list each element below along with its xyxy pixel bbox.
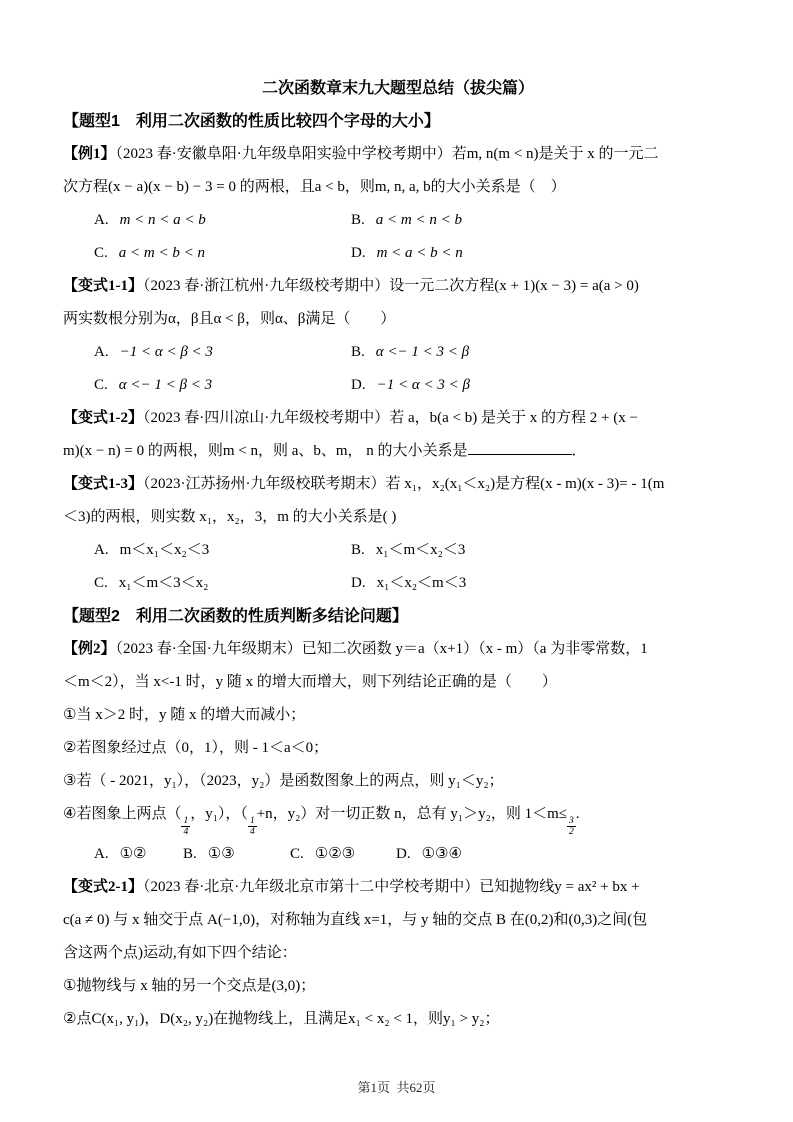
option-label: A. — [94, 212, 109, 228]
variant1-1-option-b: B.α <− 1 < 3 < β — [351, 336, 469, 369]
example1-options-row-2: C.a < m < b < n D.m < a < b < n — [63, 237, 733, 270]
option-label: C. — [94, 377, 108, 393]
option-text: m < n < a < b — [120, 212, 206, 228]
option-text: m < a < b < n — [377, 245, 463, 261]
option-text: x₁＜m＜3＜x₂ — [119, 575, 209, 591]
fraction-one-quarter: 14 — [248, 816, 257, 838]
variant1-1-option-a: A.−1 < α < β < 3 — [94, 336, 351, 369]
option-text: a < m < n < b — [376, 212, 462, 228]
example1-option-c: C.a < m < b < n — [94, 237, 351, 270]
option-text: α <− 1 < 3 < β — [376, 344, 469, 360]
option-label: A. — [94, 846, 109, 862]
example2-conclusion-2: ②若图象经过点（0，1），则 - 1＜a＜0； — [63, 732, 733, 765]
example1-option-d: D.m < a < b < n — [351, 237, 463, 270]
option-text: ①② — [120, 846, 147, 862]
page-content: 二次函数章末九大题型总结（拔尖篇） 【题型1 利用二次函数的性质比较四个字母的大… — [0, 0, 793, 1036]
example2-option-c: C.①②③ — [290, 838, 396, 871]
variant1-2-text-1: （2023 春·四川凉山·九年级校考期中）若 a，b(a < b) 是关于 x … — [143, 410, 638, 426]
option-text: ①③ — [208, 846, 235, 862]
variant1-3-label: 【变式1-3】 — [63, 476, 143, 492]
answer-blank — [468, 439, 572, 455]
variant2-1-text-1: （2023 春·北京·九年级北京市第十二中学校考期中）已知抛物线y = ax² … — [143, 879, 640, 895]
variant1-3-option-a: A.m＜x₁＜x₂＜3 — [94, 534, 351, 567]
option-label: B. — [351, 344, 365, 360]
example2-conclusion-4: ④若图象上两点（14，y₁），（14+n，y₂）对一切正数 n，总有 y₁＞y₂… — [63, 798, 733, 838]
variant1-2-text-2: m)(x − n) = 0 的两根，则m < n，则 a、b、m， n 的大小关… — [63, 443, 468, 459]
option-text: α <− 1 < β < 3 — [119, 377, 212, 393]
example2-options-row: A.①② B.①③ C.①②③ D.①③④ — [63, 838, 733, 871]
example1-line-2: 次方程(x − a)(x − b) − 3 = 0 的两根，且a < b，则m,… — [63, 171, 733, 204]
option-text: ①②③ — [315, 846, 355, 862]
option-text: m＜x₁＜x₂＜3 — [120, 542, 210, 558]
example2-option-a: A.①② — [94, 838, 183, 871]
doc-title: 二次函数章末九大题型总结（拔尖篇） — [63, 72, 733, 105]
variant1-2-label: 【变式1-2】 — [63, 410, 143, 426]
variant1-3-option-c: C.x₁＜m＜3＜x₂ — [94, 567, 351, 600]
document-page: 二次函数章末九大题型总结（拔尖篇） 【题型1 利用二次函数的性质比较四个字母的大… — [0, 0, 793, 1122]
variant1-3-line-1: 【变式1-3】（2023·江苏扬州·九年级校联考期末）若 x₁，x₂(x₁＜x₂… — [63, 468, 733, 501]
conclusion4-seg-2: ，y₁），（ — [190, 806, 248, 822]
conclusion4-seg-4: . — [576, 806, 580, 822]
example2-conclusion-1: ①当 x＞2 时，y 随 x 的增大而减小； — [63, 699, 733, 732]
option-label: A. — [94, 344, 109, 360]
example2-option-b: B.①③ — [183, 838, 290, 871]
option-label: D. — [351, 377, 366, 393]
option-text: x₁＜x₂＜m＜3 — [377, 575, 467, 591]
topic2-heading: 【题型2 利用二次函数的性质判断多结论问题】 — [63, 600, 733, 633]
option-label: D. — [351, 245, 366, 261]
example2-option-d: D.①③④ — [396, 838, 462, 871]
option-label: B. — [351, 542, 365, 558]
variant1-2-text-3: ． — [572, 443, 587, 459]
variant1-3-options-row-2: C.x₁＜m＜3＜x₂ D.x₁＜x₂＜m＜3 — [63, 567, 733, 600]
option-label: C. — [290, 846, 304, 862]
option-label: D. — [351, 575, 366, 591]
fraction-three-halves: 32 — [567, 816, 576, 838]
variant2-1-label: 【变式2-1】 — [63, 879, 143, 895]
option-label: C. — [94, 245, 108, 261]
variant1-3-option-d: D.x₁＜x₂＜m＜3 — [351, 567, 466, 600]
option-label: D. — [396, 846, 411, 862]
fraction-one-quarter: 14 — [181, 816, 190, 838]
topic1-heading: 【题型1 利用二次函数的性质比较四个字母的大小】 — [63, 105, 733, 138]
variant2-1-line-2: c(a ≠ 0) 与 x 轴交于点 A(−1,0)，对称轴为直线 x=1，与 y… — [63, 904, 733, 937]
option-label: C. — [94, 575, 108, 591]
example1-label: 【例1】 — [63, 146, 116, 162]
variant1-3-text-1: （2023·江苏扬州·九年级校联考期末）若 x₁，x₂(x₁＜x₂)是方程(x … — [143, 476, 664, 492]
page-footer: 第1页 共62页 — [0, 1077, 793, 1096]
variant1-1-line-1: 【变式1-1】（2023 春·浙江杭州·九年级校考期中）设一元二次方程(x + … — [63, 270, 733, 303]
option-label: B. — [351, 212, 365, 228]
variant1-2-line-2: m)(x − n) = 0 的两根，则m < n，则 a、b、m， n 的大小关… — [63, 435, 733, 468]
variant1-3-line-2: ＜3)的两根，则实数 x₁，x₂，3，m 的大小关系是( ) — [63, 501, 733, 534]
variant1-3-option-b: B.x₁＜m＜x₂＜3 — [351, 534, 465, 567]
variant1-1-option-c: C.α <− 1 < β < 3 — [94, 369, 351, 402]
variant2-1-conclusion-2: ②点C(x₁, y₁)，D(x₂, y₂)在抛物线上，且满足x₁ < x₂ < … — [63, 1003, 733, 1036]
example1-options-row-1: A.m < n < a < b B.a < m < n < b — [63, 204, 733, 237]
variant2-1-line-3: 含这两个点)运动,有如下四个结论： — [63, 937, 733, 970]
example1-line-1: 【例1】（2023 春·安徽阜阳·九年级阜阳实验中学校考期中）若m, n(m <… — [63, 138, 733, 171]
example2-conclusion-3: ③若（ - 2021，y₁），（2023，y₂）是函数图象上的两点，则 y₁＜y… — [63, 765, 733, 798]
variant1-1-line-2: 两实数根分别为α，β且α < β，则α、β满足（ ） — [63, 303, 733, 336]
option-text: x₁＜m＜x₂＜3 — [376, 542, 466, 558]
example2-text-1: （2023 春·全国·九年级期末）已知二次函数 y＝a（x+1）（x - m）（… — [116, 641, 648, 657]
option-label: B. — [183, 846, 197, 862]
example2-label: 【例2】 — [63, 641, 116, 657]
option-text: −1 < α < β < 3 — [120, 344, 213, 360]
example1-option-b: B.a < m < n < b — [351, 204, 462, 237]
option-text: −1 < α < 3 < β — [377, 377, 470, 393]
variant1-3-options-row-1: A.m＜x₁＜x₂＜3 B.x₁＜m＜x₂＜3 — [63, 534, 733, 567]
variant1-1-options-row-2: C.α <− 1 < β < 3 D.−1 < α < 3 < β — [63, 369, 733, 402]
variant1-1-label: 【变式1-1】 — [63, 278, 143, 294]
variant2-1-line-1: 【变式2-1】（2023 春·北京·九年级北京市第十二中学校考期中）已知抛物线y… — [63, 871, 733, 904]
example2-line-1: 【例2】（2023 春·全国·九年级期末）已知二次函数 y＝a（x+1）（x -… — [63, 633, 733, 666]
variant1-1-options-row-1: A.−1 < α < β < 3 B.α <− 1 < 3 < β — [63, 336, 733, 369]
option-label: A. — [94, 542, 109, 558]
variant1-1-option-d: D.−1 < α < 3 < β — [351, 369, 470, 402]
example2-line-2: ＜m＜2），当 x<-1 时，y 随 x 的增大而增大，则下列结论正确的是（ ） — [63, 666, 733, 699]
example1-option-a: A.m < n < a < b — [94, 204, 351, 237]
option-text: a < m < b < n — [119, 245, 205, 261]
example1-text-1: （2023 春·安徽阜阳·九年级阜阳实验中学校考期中）若m, n(m < n)是… — [116, 146, 659, 162]
variant1-2-line-1: 【变式1-2】（2023 春·四川凉山·九年级校考期中）若 a，b(a < b)… — [63, 402, 733, 435]
option-text: ①③④ — [422, 846, 462, 862]
variant1-1-text-1: （2023 春·浙江杭州·九年级校考期中）设一元二次方程(x + 1)(x − … — [143, 278, 639, 294]
variant2-1-conclusion-1: ①抛物线与 x 轴的另一个交点是(3,0)； — [63, 970, 733, 1003]
conclusion4-seg-1: ④若图象上两点（ — [63, 806, 181, 822]
conclusion4-seg-3: +n，y₂）对一切正数 n，总有 y₁＞y₂，则 1＜m≤ — [257, 806, 567, 822]
